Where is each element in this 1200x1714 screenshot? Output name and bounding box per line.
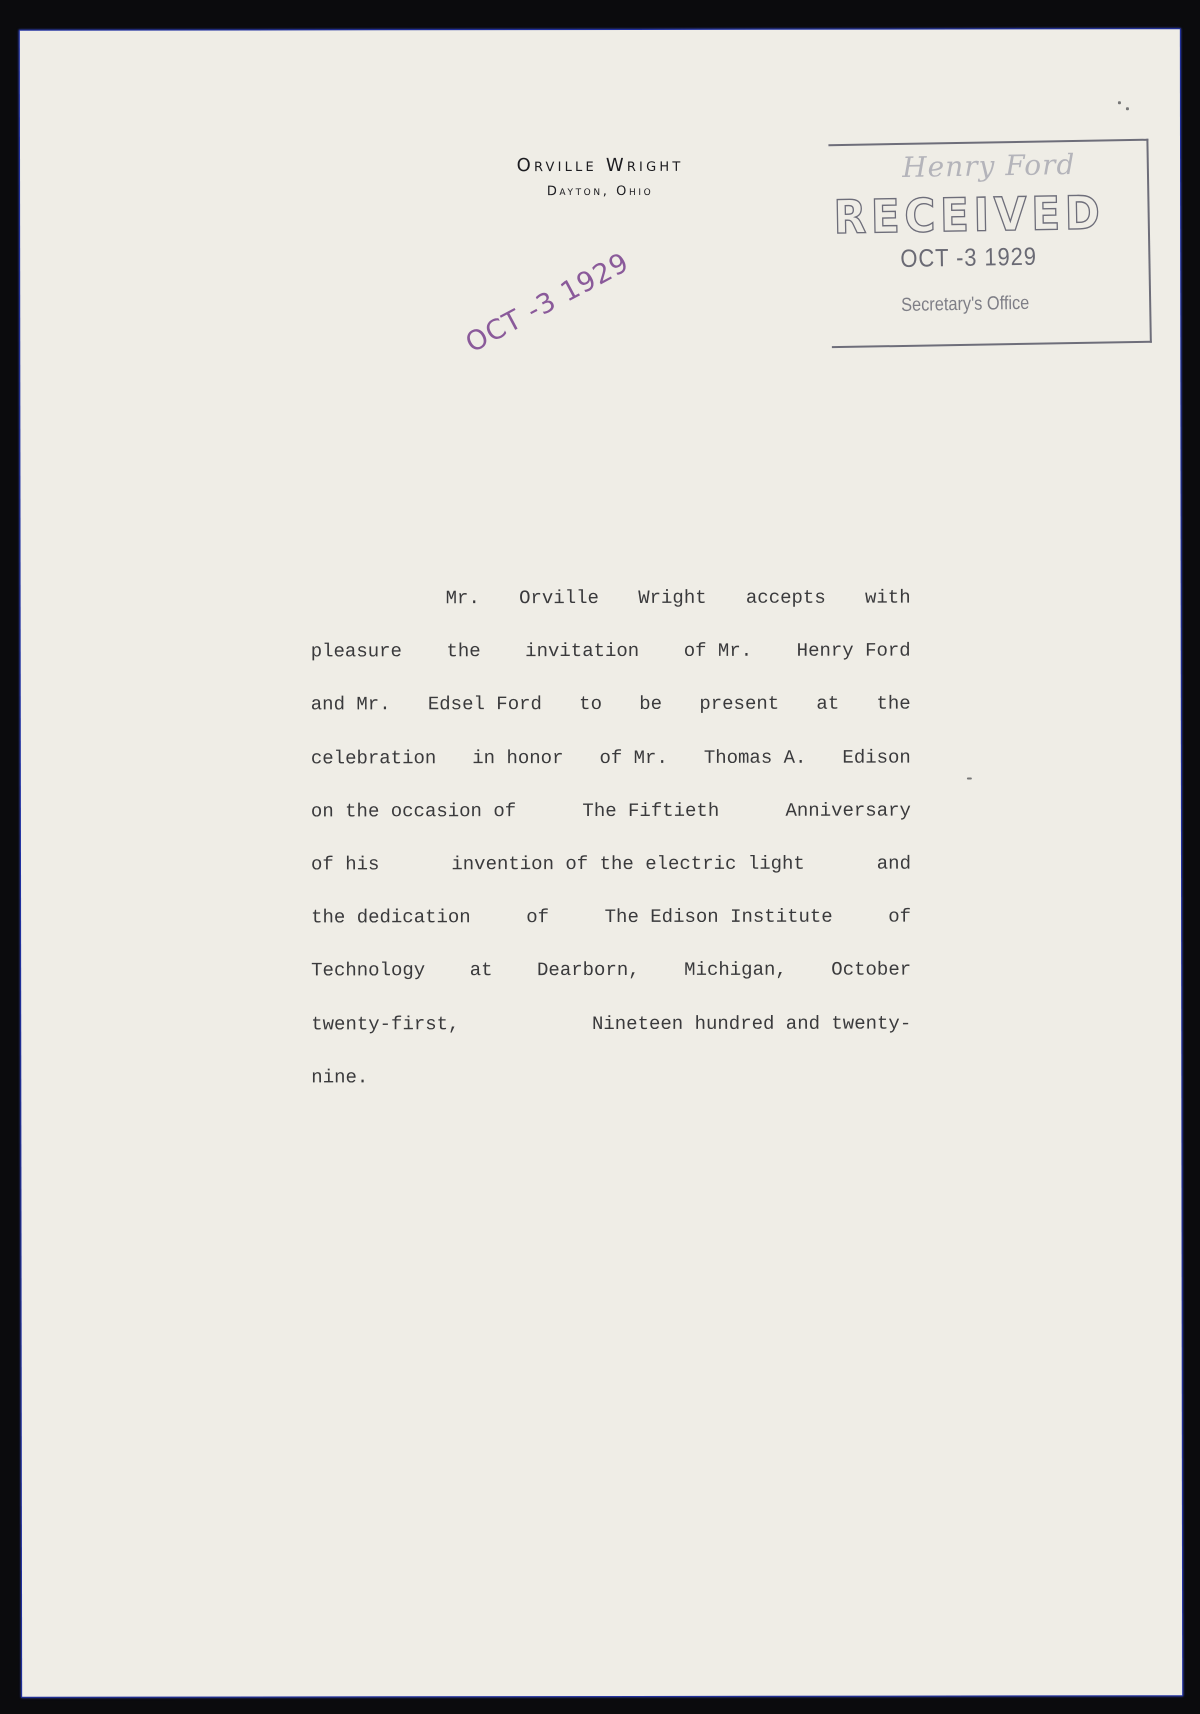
word: in honor: [472, 732, 563, 785]
word: pleasure: [311, 625, 402, 678]
word: at: [816, 678, 839, 731]
letter-body: Mr. Orville Wright accepts with pleasure…: [311, 572, 912, 1105]
word: October: [831, 944, 911, 997]
word: of: [526, 891, 549, 944]
stamp-office: Secretary's Office: [901, 293, 1029, 317]
word: of his: [311, 838, 379, 891]
paper-speck: [1118, 101, 1121, 104]
body-line-5: on the occasion of The Fiftieth Annivers…: [311, 784, 911, 838]
stamp-received-date: OCT -3 1929: [900, 243, 1037, 274]
word: twenty-first,: [311, 998, 459, 1051]
paper-speck: [1126, 107, 1129, 110]
word: present: [699, 678, 779, 731]
word: invitation: [525, 625, 639, 678]
word: invention of the electric light: [451, 838, 805, 892]
word: Michigan,: [684, 944, 787, 997]
word: of Mr.: [684, 625, 752, 678]
body-line-2: pleasure the invitation of Mr. Henry For…: [311, 625, 911, 679]
word: the: [446, 625, 480, 678]
stamp-signature: Henry Ford: [889, 148, 1090, 184]
body-line-4: celebration in honor of Mr. Thomas A. Ed…: [311, 731, 911, 785]
letterhead-place: Dayton, Ohio: [470, 184, 730, 200]
word: at: [470, 944, 493, 997]
body-line-8: Technology at Dearborn, Michigan, Octobe…: [311, 944, 911, 998]
stamp-received-word: RECEIVED: [833, 186, 1105, 245]
word: Thomas A.: [704, 731, 807, 784]
body-line-10: nine.: [311, 1050, 911, 1104]
word: The Edison Institute: [605, 891, 833, 945]
body-line-3: and Mr. Edsel Ford to be present at the: [311, 678, 911, 732]
paper-speck: [967, 777, 972, 779]
word: Orville: [519, 572, 599, 625]
word: accepts: [746, 572, 826, 625]
word: Nineteen hundred and twenty-: [592, 997, 911, 1051]
word: Dearborn,: [537, 944, 640, 997]
word: celebration: [311, 732, 436, 785]
body-line-7: the dedication of The Edison Institute o…: [311, 891, 911, 945]
body-line-1: Mr. Orville Wright accepts with: [311, 572, 911, 626]
body-line-6: of his invention of the electric light a…: [311, 838, 911, 892]
word: and Mr.: [311, 679, 391, 732]
word: the dedication: [311, 891, 471, 944]
word: Henry Ford: [797, 625, 911, 678]
word: Mr.: [446, 572, 480, 625]
word: on the occasion of: [311, 785, 516, 838]
word: and: [877, 838, 911, 891]
word: Wright: [638, 572, 706, 625]
word: Edison: [842, 731, 910, 784]
word: be: [639, 678, 662, 731]
word: with: [865, 572, 911, 625]
body-line-9: twenty-first, Nineteen hundred and twent…: [311, 997, 911, 1051]
word: The Fiftieth: [582, 785, 719, 838]
word: the: [876, 678, 910, 731]
word: to: [579, 678, 602, 731]
date-stamp: OCT -3 1929: [461, 247, 635, 359]
document-page: Orville Wright Dayton, Ohio Henry Ford R…: [20, 29, 1182, 1697]
word: Edsel Ford: [428, 678, 542, 731]
letterhead-name: Orville Wright: [470, 155, 730, 177]
word: Technology: [311, 945, 425, 998]
word: nine.: [311, 1051, 368, 1104]
word: of: [888, 891, 911, 944]
word: of Mr.: [599, 731, 667, 784]
word: Anniversary: [785, 784, 910, 837]
letterhead: Orville Wright Dayton, Ohio: [470, 155, 730, 200]
received-stamp: Henry Ford RECEIVED OCT -3 1929 Secretar…: [828, 139, 1151, 348]
